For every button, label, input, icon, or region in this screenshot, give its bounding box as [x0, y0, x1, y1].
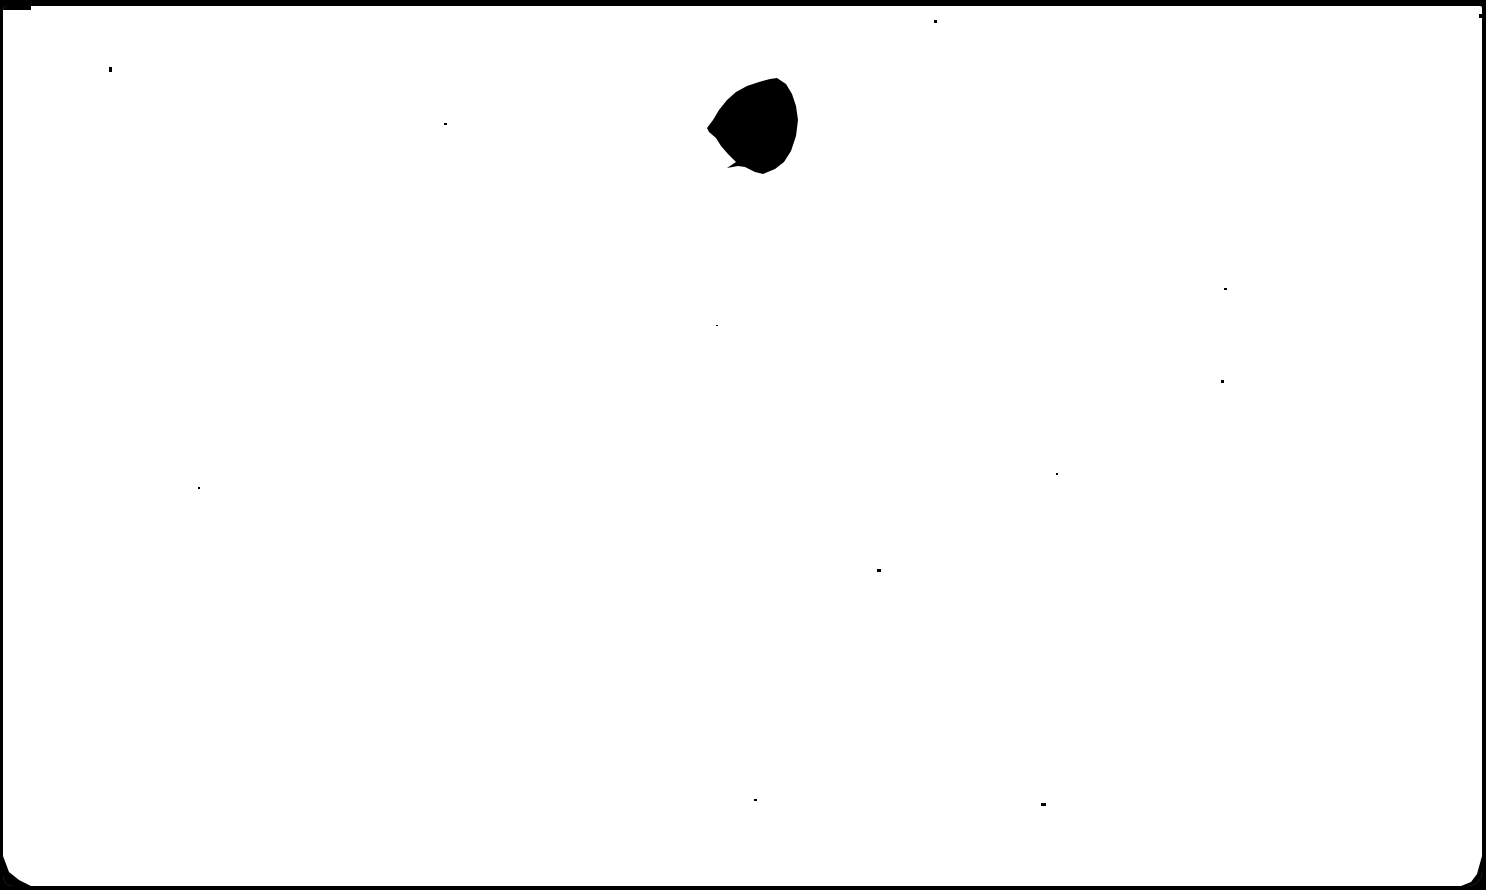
speck [1224, 288, 1227, 290]
corner-shadow-bottom-right [1461, 856, 1482, 886]
speck [1479, 14, 1482, 18]
speck [716, 325, 718, 326]
corner-shadow-bottom-left [3, 856, 31, 886]
speck [444, 123, 447, 125]
speck [3, 6, 31, 10]
dark-blob [707, 78, 798, 174]
speck [198, 487, 200, 489]
scanned-sheet: Thresholded black-and-white scan: white … [3, 6, 1482, 886]
speck [1041, 803, 1046, 806]
speck [109, 67, 112, 72]
speck [1221, 380, 1224, 383]
speck [754, 799, 757, 801]
speck [934, 20, 937, 23]
speck [877, 569, 881, 572]
sheet-artwork [3, 6, 1482, 886]
speck [1056, 473, 1058, 475]
